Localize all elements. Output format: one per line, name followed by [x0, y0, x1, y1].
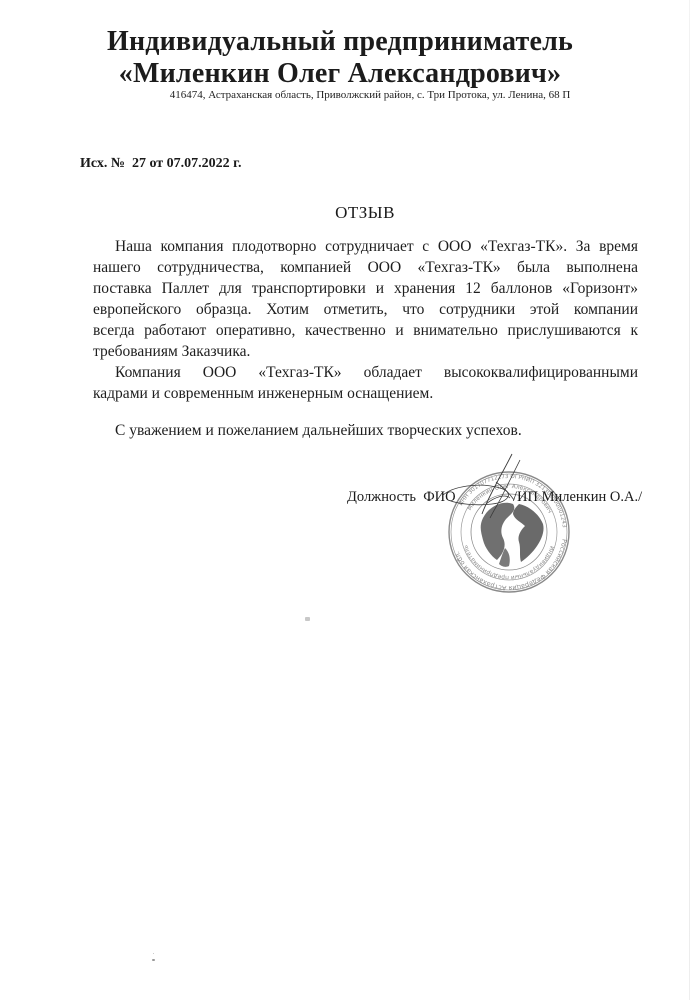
paragraph-3: С уважением и пожеланием дальнейших твор…: [93, 420, 638, 441]
paragraph-line: европейского образца. Хотим отметить, чт…: [93, 299, 638, 320]
header-address: 416474, Астраханская область, Приволжски…: [0, 89, 700, 102]
paragraph-line: С уважением и пожеланием дальнейших твор…: [93, 420, 638, 441]
signature-row: Должность ФИО /ИП Миленкин О.А./: [0, 489, 700, 509]
paragraph-line: нашего сотрудничества, компанией ООО «Те…: [93, 257, 638, 278]
paragraph-line: Наша компания плодотворно сотрудничает с…: [93, 236, 638, 257]
paragraph-line: кадрами и современным инженерным оснащен…: [93, 383, 638, 404]
paragraph-line: требованиям Заказчика.: [93, 341, 638, 362]
scan-artifact: [153, 953, 154, 954]
outgoing-reference: Исх. № 27 от 07.07.2022 г.: [80, 156, 241, 172]
paragraph-line: всегда работают оперативно, качественно …: [93, 320, 638, 341]
paragraph-2: Компания ООО «Техгаз-ТК» обладает высоко…: [93, 362, 638, 404]
handwritten-signature: [440, 452, 550, 542]
paragraph-line: поставка Паллет для транспортировки и хр…: [93, 278, 638, 299]
paragraph-line: Компания ООО «Техгаз-ТК» обладает высоко…: [93, 362, 638, 383]
header-title-line2: «Миленкин Олег Александрович»: [0, 58, 690, 90]
document-page: Индивидуальный предприниматель «Миленкин…: [0, 0, 700, 1000]
paragraph-1: Наша компания плодотворно сотрудничает с…: [93, 236, 638, 362]
document-title: ОТЗЫВ: [0, 203, 700, 223]
header-title-line1: Индивидуальный предприниматель: [0, 26, 690, 58]
scan-artifact: [152, 959, 155, 961]
scan-artifact: [305, 617, 310, 621]
